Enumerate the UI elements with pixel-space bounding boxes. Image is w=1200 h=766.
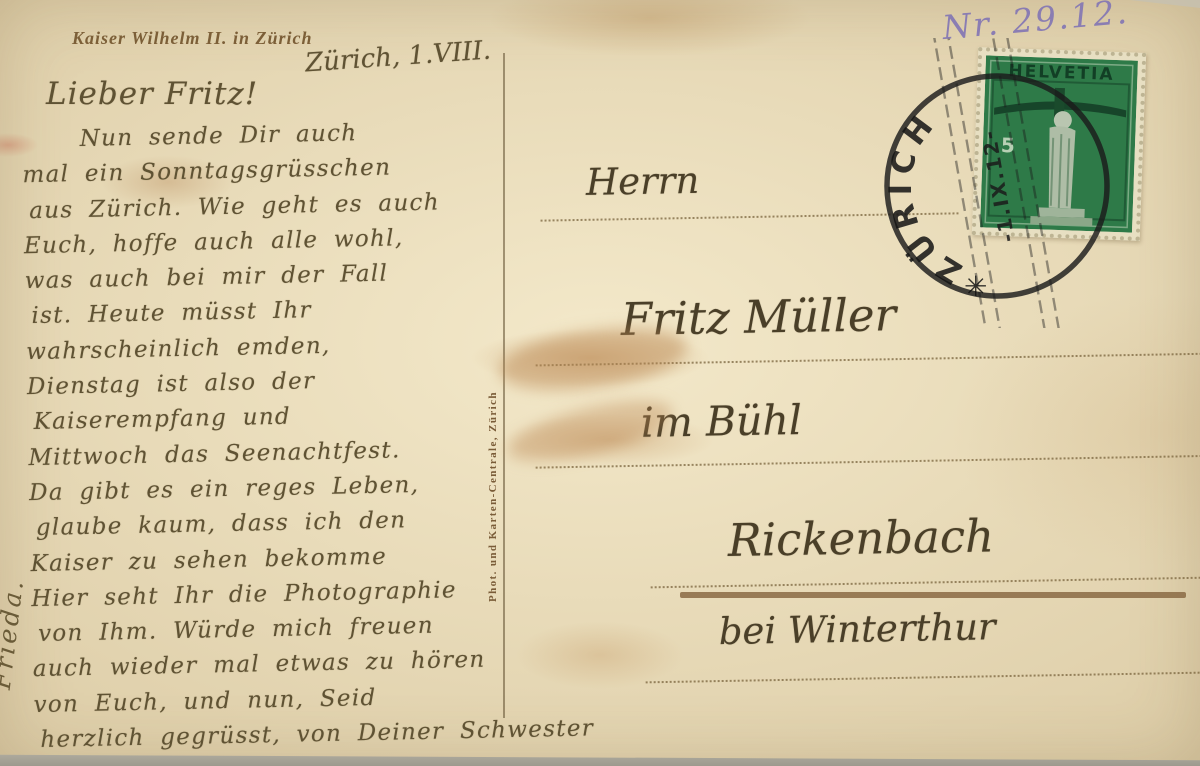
postmark-ornament-icon: ✳ bbox=[964, 270, 987, 303]
address-region: bei Winterthur bbox=[644, 601, 1200, 684]
address-town: Rickenbach bbox=[649, 505, 1200, 589]
center-divider-line bbox=[503, 53, 505, 718]
address-underline bbox=[680, 592, 1186, 598]
handwritten-message: Nun sende Dir auch mal ein Sonntagsgrüss… bbox=[21, 113, 526, 759]
publisher-imprint: Phot. und Karten-Centrale, Zürich bbox=[487, 212, 499, 602]
handwritten-dateline: Zürich, 1.VIII. bbox=[304, 36, 492, 79]
stain bbox=[495, 317, 691, 401]
scan-edge-corner bbox=[1130, 0, 1200, 8]
postcard-back: Kaiser Wilhelm II. in Zürich Zürich, 1.V… bbox=[0, 0, 1200, 766]
postmark-city: ZÜRICH bbox=[867, 100, 973, 299]
svg-text:ZÜRICH: ZÜRICH bbox=[867, 100, 973, 299]
salutation: Lieber Fritz! bbox=[46, 76, 258, 112]
printed-caption: Kaiser Wilhelm II. in Zürich bbox=[72, 28, 313, 49]
postcard-scan: Kaiser Wilhelm II. in Zürich Zürich, 1.V… bbox=[0, 0, 1200, 766]
zurich-postmark: ZÜRICH -1.IX.12- ✳ bbox=[852, 38, 1142, 328]
